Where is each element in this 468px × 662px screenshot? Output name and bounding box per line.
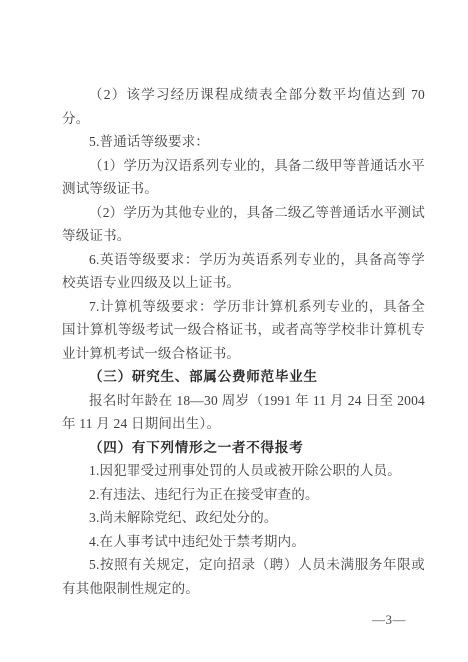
paragraph-mandarin-chinese-major: （1）学历为汉语系列专业的，具备二级甲等普通话水平测试等级证书。 xyxy=(62,154,425,201)
paragraph-mandarin-requirement: 5.普通话等级要求： xyxy=(62,130,425,154)
page-number: —3— xyxy=(372,611,406,629)
paragraph-age-range: 报名时年龄在 18—30 周岁（1991 年 11 月 24 日至 2004 年… xyxy=(62,389,425,436)
paragraph-english-requirement: 6.英语等级要求：学历为英语系列专业的，具备高等学校英语专业四级及以上证书。 xyxy=(62,248,425,295)
paragraph-disqualify-service-term: 5.按照有关规定，定向招录（聘）人员未满服务年限或有其他限制性规定的。 xyxy=(62,553,425,600)
paragraph-disqualify-criminal: 1.因犯罪受过刑事处罚的人员或被开除公职的人员。 xyxy=(62,459,425,483)
paragraph-disqualify-under-review: 2.有违法、违纪行为正在接受审查的。 xyxy=(62,483,425,507)
paragraph-computer-requirement: 7.计算机等级要求：学历非计算机系列专业的，具备全国计算机等级考试一级合格证书，… xyxy=(62,295,425,366)
paragraph-mandarin-other-major: （2）学历为其他专业的，具备二级乙等普通话水平测试等级证书。 xyxy=(62,201,425,248)
document-page: （2）该学习经历课程成绩表全部分数平均值达到 70 分。 5.普通话等级要求： … xyxy=(0,0,468,662)
paragraph-score-average: （2）该学习经历课程成绩表全部分数平均值达到 70 分。 xyxy=(62,83,425,130)
section-heading-four: （四）有下列情形之一者不得报考 xyxy=(62,436,425,460)
paragraph-disqualify-discipline: 3.尚未解除党纪、政纪处分的。 xyxy=(62,506,425,530)
document-body: （2）该学习经历课程成绩表全部分数平均值达到 70 分。 5.普通话等级要求： … xyxy=(62,83,425,600)
section-heading-three: （三）研究生、部属公费师范毕业生 xyxy=(62,365,425,389)
paragraph-disqualify-exam-ban: 4.在人事考试中违纪处于禁考期内。 xyxy=(62,530,425,554)
